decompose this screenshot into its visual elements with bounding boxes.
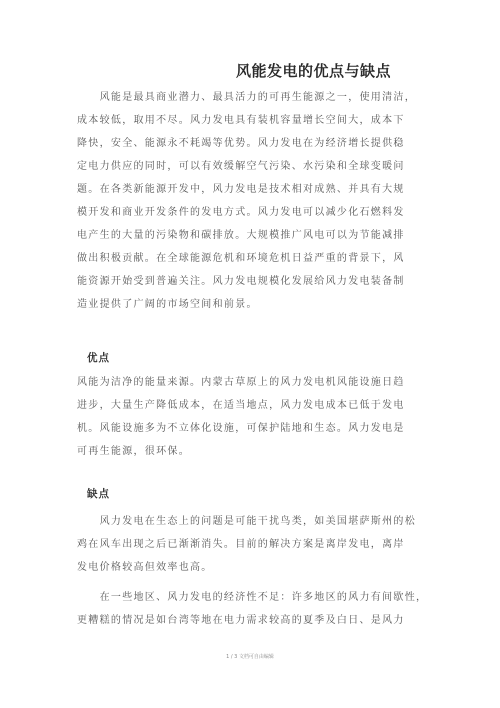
text-line: 更糟糕的情况是如台湾等地在电力需求较高的夏季及白日、是风力 — [77, 609, 423, 632]
text-line: 成本较低，取用不尽。风力发电具有装机容量增长空间大，成本下 — [77, 109, 423, 132]
intro-paragraph: 风能是最具商业潜力、最具活力的可再生能源之一，使用清洁， 成本较低，取用不尽。风… — [77, 86, 423, 316]
document-title: 风能发电的优点与缺点 — [236, 60, 436, 81]
text-line: 风力发电在生态上的问题是可能干扰鸟类，如美国堪萨斯州的松 — [77, 510, 423, 533]
text-line: 风能是最具商业潜力、最具活力的可再生能源之一，使用清洁， — [77, 86, 423, 109]
text-line: 模开发和商业开发条件的发电方式。风力发电可以减少化石燃料发 — [77, 201, 423, 224]
disadvantages-heading: 缺点 — [87, 486, 110, 501]
disadvantages-paragraph-2: 在一些地区、风力发电的经济性不足：许多地区的风力有间歇性， 更糟糕的情况是如台湾… — [77, 586, 423, 632]
advantages-paragraph: 风能为洁净的能量来源。内蒙古草原上的风力发电机风能设施日趋 进步，大量生产降低成… — [77, 371, 423, 463]
text-line: 造业提供了广阔的市场空间和前景。 — [77, 293, 423, 316]
text-line: 鸡在风车出现之后已渐渐消失。目前的解决方案是离岸发电，离岸 — [77, 533, 423, 556]
page-footer: 1 / 3 文档可自由编辑 — [205, 653, 295, 660]
text-line: 在一些地区、风力发电的经济性不足：许多地区的风力有间歇性， — [77, 586, 423, 609]
text-line: 进步，大量生产降低成本，在适当地点，风力发电成本已低于发电 — [77, 394, 423, 417]
advantages-heading: 优点 — [87, 350, 110, 365]
disadvantages-paragraph-1: 风力发电在生态上的问题是可能干扰鸟类，如美国堪萨斯州的松 鸡在风车出现之后已渐渐… — [77, 510, 423, 579]
text-line: 发电价格较高但效率也高。 — [77, 556, 423, 579]
text-line: 题。在各类新能源开发中，风力发电是技术相对成熟、并具有大规 — [77, 178, 423, 201]
text-line: 可再生能源，很环保。 — [77, 440, 423, 463]
text-line: 做出积极贡献。在全球能源危机和环境危机日益严重的背景下，风 — [77, 247, 423, 270]
text-line: 定电力供应的同时，可以有效缓解空气污染、水污染和全球变暖问 — [77, 155, 423, 178]
document-page: 风能发电的优点与缺点 风能是最具商业潜力、最具活力的可再生能源之一，使用清洁， … — [0, 0, 500, 708]
text-line: 电产生的大量的污染物和碳排放。大规模推广风电可以为节能减排 — [77, 224, 423, 247]
text-line: 降快，安全、能源永不耗竭等优势。风力发电在为经济增长提供稳 — [77, 132, 423, 155]
text-line: 机。风能设施多为不立体化设施，可保护陆地和生态。风力发电是 — [77, 417, 423, 440]
text-line: 能资源开始受到普遍关注。风力发电规模化发展给风力发电装备制 — [77, 270, 423, 293]
text-line: 风能为洁净的能量来源。内蒙古草原上的风力发电机风能设施日趋 — [77, 371, 423, 394]
